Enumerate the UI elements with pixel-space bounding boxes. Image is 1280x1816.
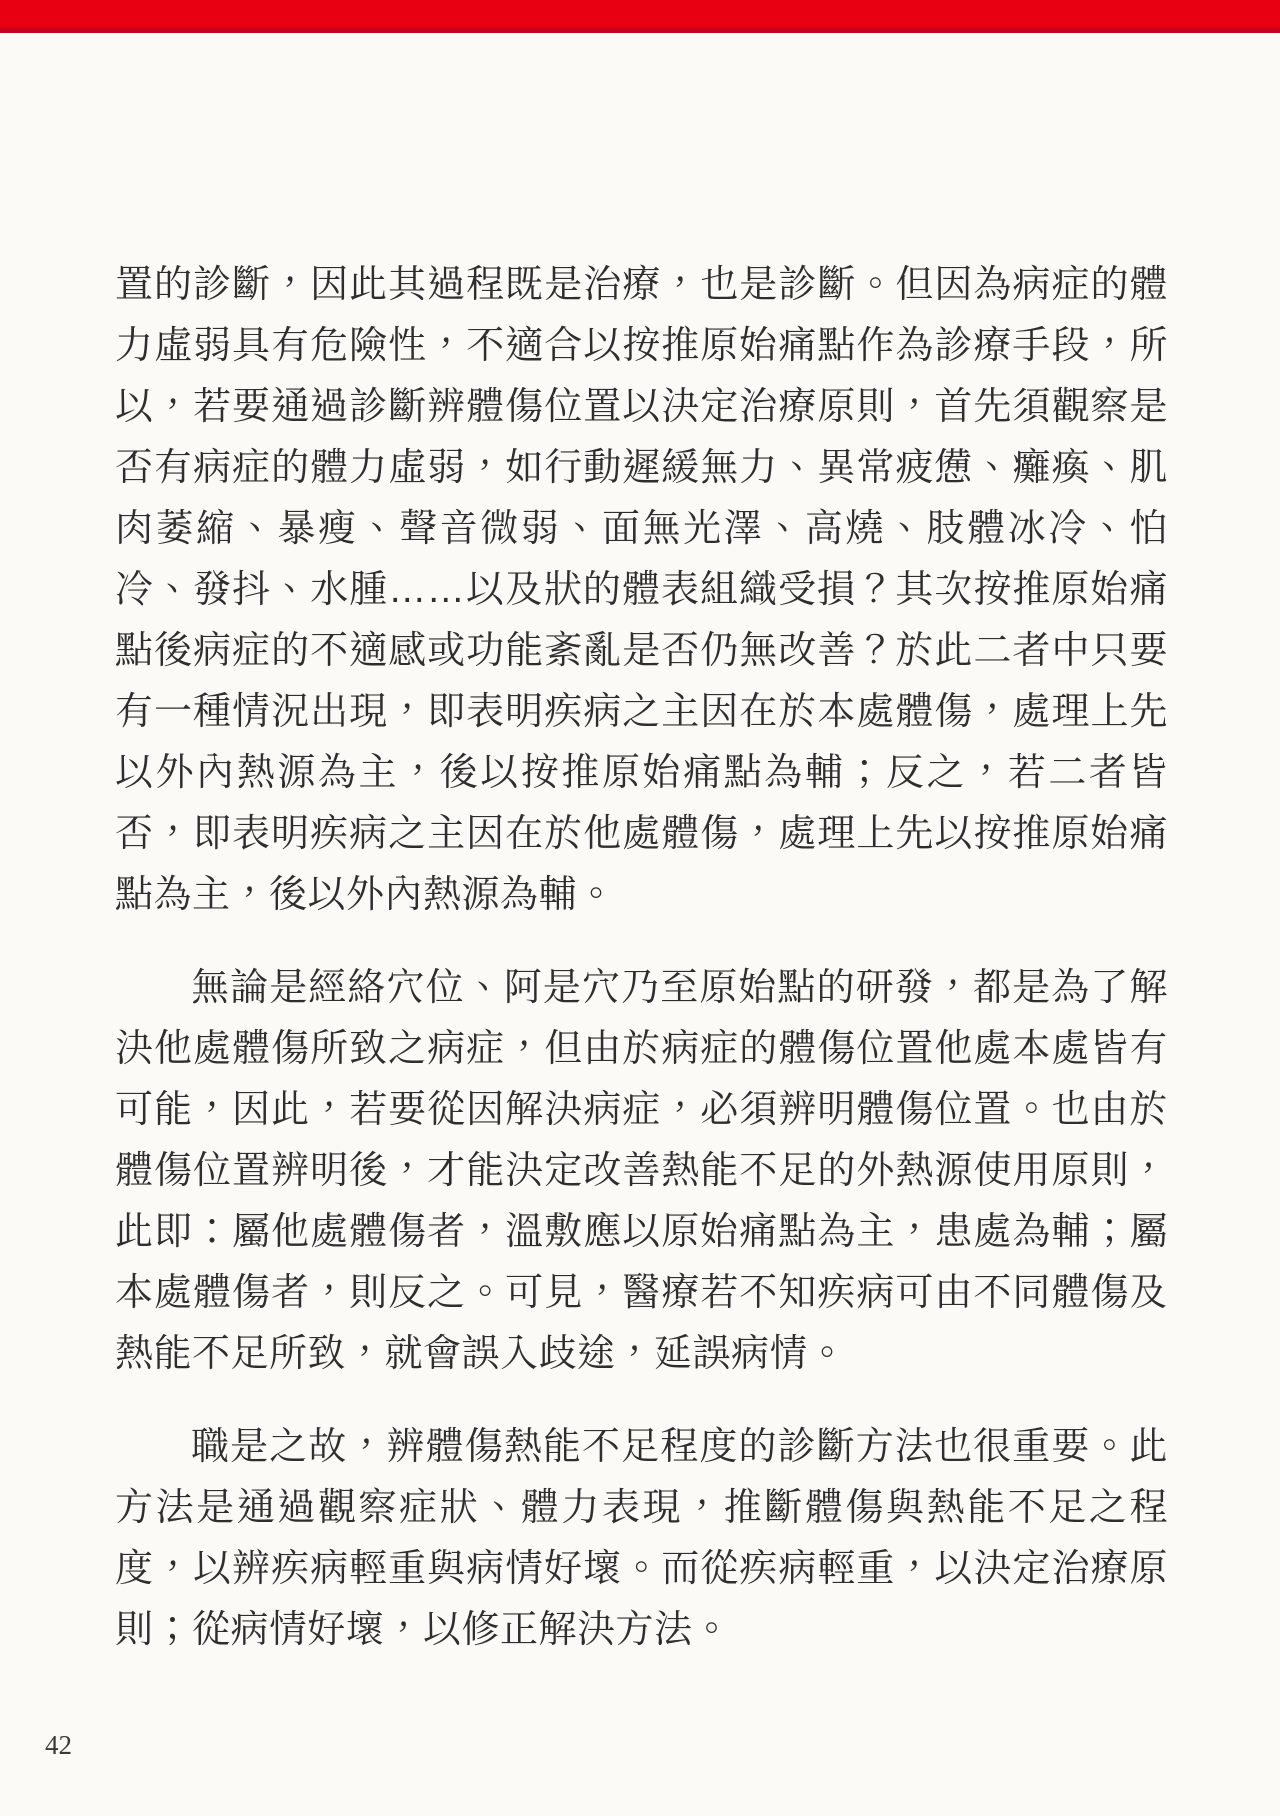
page-number: 42: [45, 1730, 72, 1761]
body-text: 置的診斷，因此其過程既是治療，也是診斷。但因為病症的體力虛弱具有危險性，不適合以…: [115, 255, 1168, 1661]
body-paragraph-3: 職是之故，辨體傷熱能不足程度的診斷方法也很重要。此方法是通過觀察症狀、體力表現，…: [115, 1417, 1168, 1661]
header-accent-bar: [0, 0, 1280, 33]
body-paragraph-1: 置的診斷，因此其過程既是治療，也是診斷。但因為病症的體力虛弱具有危險性，不適合以…: [115, 255, 1168, 926]
body-paragraph-2: 無論是經絡穴位、阿是穴乃至原始點的研發，都是為了解決他處體傷所致之病症，但由於病…: [115, 958, 1168, 1385]
